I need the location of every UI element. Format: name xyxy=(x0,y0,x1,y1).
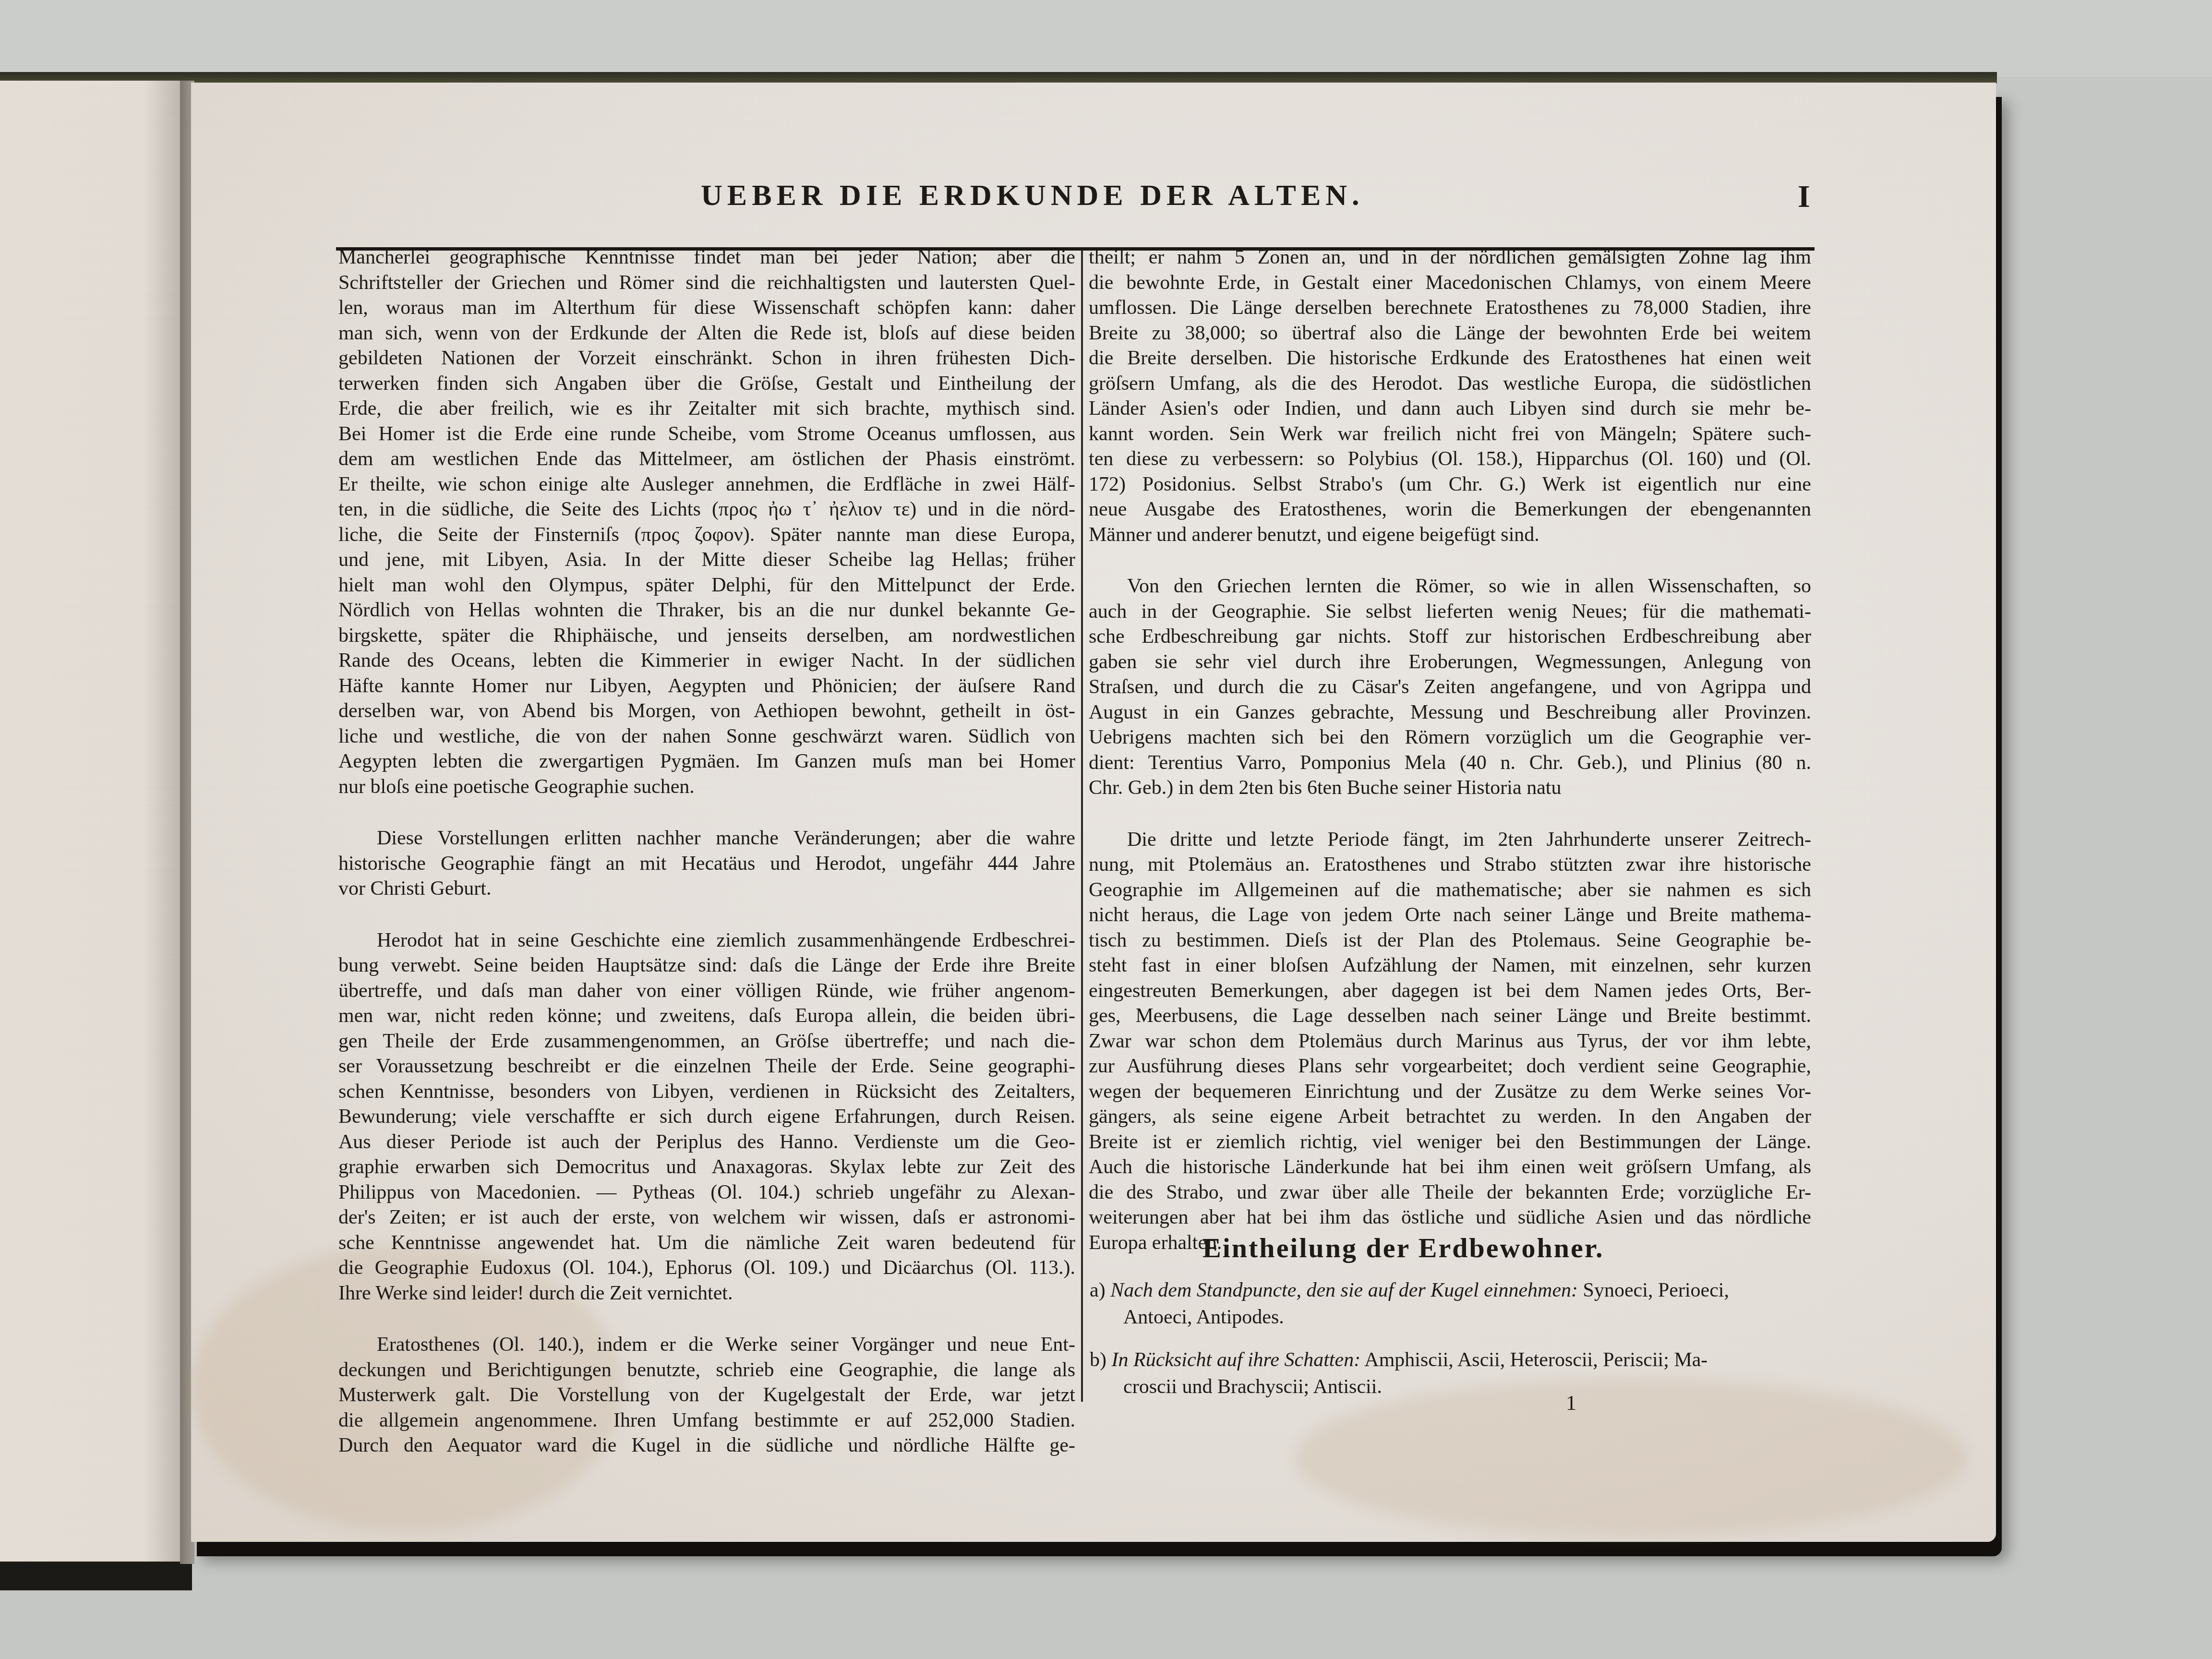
text-line: ser Voraussetzung beschreibt er die einz… xyxy=(338,1054,1075,1079)
text-line: graphie erwarben sich Democritus und Ana… xyxy=(338,1154,1075,1180)
text-line: sche Kenntnisse angewendet hat. Um die n… xyxy=(338,1230,1075,1256)
text-line: Bei Homer ist die Erde eine runde Scheib… xyxy=(338,421,1075,447)
column-divider xyxy=(1081,250,1083,1402)
text-line: Rande des Oceans, lebten die Kimmerier i… xyxy=(338,648,1075,673)
text-line: nicht heraus, die Lage von jedem Orte na… xyxy=(1089,902,1811,928)
text-line: Herodot hat in seine Geschichte eine zie… xyxy=(338,928,1075,953)
text-line: men war, nicht reden könne; und zweitens… xyxy=(338,1003,1075,1029)
section-heading: Eintheilung der Erdbewohner. xyxy=(1202,1232,1604,1264)
text-line: Breite zu 38,000; so übertraf also die L… xyxy=(1089,321,1811,346)
text-line: 172) Posidonius. Selbst Strabo's (um Chr… xyxy=(1089,472,1811,497)
text-line: Geographie im Allgemeinen auf die mathem… xyxy=(1089,878,1811,903)
text-line: die Breite derselben. Die historische Er… xyxy=(1089,346,1811,371)
text-line: weiterungen aber hat bei ihm das östlich… xyxy=(1089,1205,1811,1230)
paragraph-historische-geographie: Diese Vorstellungen erlitten nachher man… xyxy=(338,826,1075,902)
paragraph-herodot: Herodot hat in seine Geschichte eine zie… xyxy=(338,928,1075,1306)
page-number: 1 xyxy=(1566,1391,1576,1415)
text-line: Aegypten lebten die zwergartigen Pygmäen… xyxy=(338,749,1075,774)
plate-number: I xyxy=(1798,179,1810,215)
text-line: Mancherlei geographische Kenntnisse find… xyxy=(338,245,1075,270)
text-line: Die dritte und letzte Periode fängt, im … xyxy=(1089,827,1811,853)
text-line: kannt worden. Sein Werk war freilich nic… xyxy=(1089,421,1811,447)
text-line: August in ein Ganzes gebrachte, Messung … xyxy=(1089,700,1811,725)
text-line: ten diese zu verbessern: so Polybius (Ol… xyxy=(1089,446,1811,472)
text-line: Schriftsteller der Griechen und Römer si… xyxy=(338,270,1075,296)
text-line: Zwar war schon dem Ptolemäus durch Marin… xyxy=(1089,1029,1811,1054)
text-line: umflossen. Die Länge derselben berechnet… xyxy=(1089,295,1811,321)
text-line: man sich, wenn von der Erdkunde der Alte… xyxy=(338,321,1075,346)
text-line: dient: Terentius Varro, Pomponius Mela (… xyxy=(1089,750,1811,776)
text-line: derselben war, von Abend bis Morgen, von… xyxy=(338,698,1075,724)
running-head: UEBER DIE ERDKUNDE DER ALTEN. xyxy=(701,179,1469,213)
text-line: liche, die Seite der Finsterniſs (προς ζ… xyxy=(338,522,1075,548)
text-line: bung verwebt. Seine beiden Hauptsätze si… xyxy=(338,953,1075,978)
list-item-continuation: Antoeci, Antipodes. xyxy=(1090,1304,1812,1331)
text-line: gröſsern Umfang, als die des Herodot. Da… xyxy=(1089,371,1811,397)
text-line: Chr. Geb.) in dem 2ten bis 6ten Buche se… xyxy=(1089,775,1811,801)
text-line: die des Strabo, und zwar über alle Theil… xyxy=(1089,1180,1811,1205)
text-line: wegen der bequemeren Einrichtung und der… xyxy=(1089,1079,1811,1105)
text-line: ten, in die südliche, die Seite des Lich… xyxy=(338,497,1075,522)
text-line: nur bloſs eine poetische Geographie such… xyxy=(338,774,1075,800)
text-line: Nördlich von Hellas wohnten die Thraker,… xyxy=(338,598,1075,623)
text-line: und jene, mit Libyen, Asia. In der Mitte… xyxy=(338,547,1075,573)
paragraph-homer: Mancherlei geographische Kenntnisse find… xyxy=(338,245,1075,799)
text-line: Erde, die aber freilich, wie es ihr Zeit… xyxy=(338,396,1075,421)
text-line: Uebrigens machten sich bei den Römern vo… xyxy=(1089,725,1811,750)
text-line: historische Geographie fängt an mit Heca… xyxy=(338,851,1075,877)
text-line: der's Zeiten; er ist auch der erste, von… xyxy=(338,1205,1075,1230)
list-marker: b) xyxy=(1090,1349,1106,1371)
text-line: gängers, als seine eigene Arbeit betrach… xyxy=(1089,1104,1811,1130)
text-line: Durch den Aequator ward die Kugel in die… xyxy=(338,1433,1075,1458)
text-line: Häfte kannte Homer nur Libyen, Aegypten … xyxy=(338,673,1075,699)
text-line: len, woraus man im Alterthum für diese W… xyxy=(338,295,1075,321)
text-line: Breite ist er ziemlich richtig, viel wen… xyxy=(1089,1130,1811,1155)
list-marker: a) xyxy=(1090,1279,1106,1301)
list-item-criterion: In Rücksicht auf ihre Schatten: xyxy=(1112,1349,1361,1371)
water-stain xyxy=(1295,1379,1967,1537)
text-line: gen Theile der Erde zusammengenommen, an… xyxy=(338,1029,1075,1054)
text-line: die allgemein angenommene. Ihren Umfang … xyxy=(338,1408,1075,1433)
book-cover-edge xyxy=(0,72,1997,84)
text-line: Aus dieser Periode ist auch der Periplus… xyxy=(338,1130,1075,1155)
paragraph-roemer: Von den Griechen lernten die Römer, so w… xyxy=(1089,574,1811,801)
paragraph-eratosthenes-cont: theilt; er nahm 5 Zonen an, und in der n… xyxy=(1089,245,1811,547)
text-line: die Geographie Eudoxus (Ol. 104.), Ephor… xyxy=(338,1255,1075,1281)
text-line: zur Ausführung dieses Plans sehr vorgear… xyxy=(1089,1054,1811,1079)
list-item-terms: Synoeci, Perioeci, xyxy=(1583,1279,1729,1301)
text-line: gaben sie sehr viel durch ihre Eroberung… xyxy=(1089,649,1811,675)
text-line: Er theilte, wie schon einige alte Ausleg… xyxy=(338,472,1075,497)
text-line: Von den Griechen lernten die Römer, so w… xyxy=(1089,574,1811,599)
text-line: Musterwerk galt. Die Vorstellung von der… xyxy=(338,1382,1075,1408)
right-column: theilt; er nahm 5 Zonen an, und in der n… xyxy=(1089,245,1811,1255)
text-line: tisch zu bestimmen. Dieſs ist der Plan d… xyxy=(1089,928,1811,953)
text-line: birgskette, später die Rhiphäische, und … xyxy=(338,623,1075,649)
text-line: dem am westlichen Ende das Mittelmeer, a… xyxy=(338,446,1075,472)
text-line: Straſsen, und durch die zu Cäsar's Zeite… xyxy=(1089,674,1811,700)
text-line: übertreffe, und daſs man daher von einer… xyxy=(338,978,1075,1004)
text-line: deckungen und Berichtigungen benutzte, s… xyxy=(338,1358,1075,1383)
text-line: steht fast in einer bloſsen Aufzählung d… xyxy=(1089,953,1811,978)
text-line: Männer und anderer benutzt, und eigene b… xyxy=(1089,522,1811,548)
text-line: eingestreuten Bemerkungen, aber dagegen … xyxy=(1089,978,1811,1004)
paragraph-ptolemaeus: Die dritte und letzte Periode fängt, im … xyxy=(1089,827,1811,1256)
text-line: Auch die historische Länderkunde hat bei… xyxy=(1089,1154,1811,1180)
paragraph-eratosthenes: Eratosthenes (Ol. 140.), indem er die We… xyxy=(338,1332,1075,1458)
list-item-b: b) In Rücksicht auf ihre Schatten: Amphi… xyxy=(1090,1346,1812,1400)
text-line: die bewohnte Erde, in Gestalt einer Mace… xyxy=(1089,270,1811,296)
text-line: Eratosthenes (Ol. 140.), indem er die We… xyxy=(338,1332,1075,1358)
text-line: sche Erdbeschreibung gar nichts. Stoff z… xyxy=(1089,624,1811,649)
text-line: Ihre Werke sind leider! durch die Zeit v… xyxy=(338,1281,1075,1306)
left-column: Mancherlei geographische Kenntnisse find… xyxy=(338,245,1075,1458)
text-line: hielt man wohl den Olympus, später Delph… xyxy=(338,573,1075,598)
text-line: auch in der Geographie. Sie selbst liefe… xyxy=(1089,599,1811,625)
text-line: theilt; er nahm 5 Zonen an, und in der n… xyxy=(1089,245,1811,270)
text-line: neue Ausgabe des Eratosthenes, worin die… xyxy=(1089,497,1811,522)
list-item-terms: Amphiscii, Ascii, Heteroscii, Periscii; … xyxy=(1364,1349,1707,1371)
text-line: gebildeten Nationen der Vorzeit einschrä… xyxy=(338,346,1075,371)
text-line: vor Christi Geburt. xyxy=(338,876,1075,902)
list-item-a: a) Nach dem Standpuncte, den sie auf der… xyxy=(1090,1277,1812,1331)
text-line: Länder Asien's oder Indien, und dann auc… xyxy=(1089,396,1811,421)
list-item-continuation: croscii und Brachyscii; Antiscii. xyxy=(1090,1373,1812,1400)
text-line: schen Kenntnisse, besonders von Libyen, … xyxy=(338,1079,1075,1105)
text-line: ges, Meerbusens, die Lage desselben nach… xyxy=(1089,1003,1811,1029)
left-page xyxy=(0,81,192,1590)
text-line: Bewunderung; viele verschaffte er sich d… xyxy=(338,1104,1075,1130)
text-line: Philippus von Macedonien. — Pytheas (Ol.… xyxy=(338,1180,1075,1205)
backdrop xyxy=(0,0,2212,77)
text-line: Diese Vorstellungen erlitten nachher man… xyxy=(338,826,1075,851)
text-line: terwerken finden sich Angaben über die G… xyxy=(338,371,1075,397)
text-line: nung, mit Ptolemäus an. Eratosthenes und… xyxy=(1089,852,1811,878)
list-item-criterion: Nach dem Standpuncte, den sie auf der Ku… xyxy=(1110,1279,1578,1301)
text-line: liche und westliche, die von der nahen S… xyxy=(338,724,1075,749)
